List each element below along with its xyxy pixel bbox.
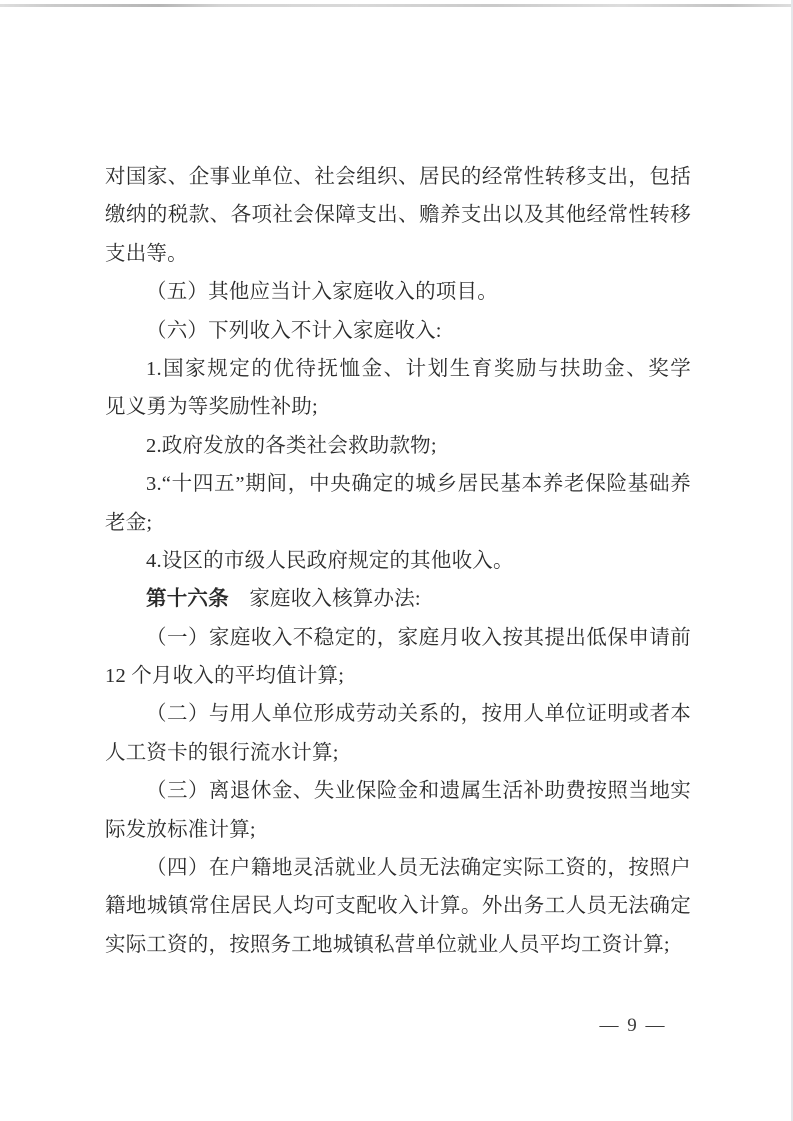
text-line-article-16: 第十六条家庭收入核算办法: — [105, 580, 691, 618]
text-line: 见义勇为等奖励性补助; — [105, 388, 691, 426]
text-line-subitem-3: 3.“十四五”期间，中央确定的城乡居民基本养老保险基础养 — [105, 465, 691, 503]
text-line-item-4: （四）在户籍地灵活就业人员无法确定实际工资的，按照户 — [105, 849, 691, 887]
text-line-item-1: （一）家庭收入不稳定的，家庭月收入按其提出低保申请前 — [105, 619, 691, 657]
text-line-subitem-4: 4.设区的市级人民政府规定的其他收入。 — [105, 542, 691, 580]
text-line: 对国家、企事业单位、社会组织、居民的经常性转移支出，包括 — [105, 158, 691, 196]
text-line-item-3: （三）离退休金、失业保险金和遗属生活补助费按照当地实 — [105, 772, 691, 810]
document-body: 对国家、企事业单位、社会组织、居民的经常性转移支出，包括 缴纳的税款、各项社会保… — [105, 158, 691, 964]
text-line: 人工资卡的银行流水计算; — [105, 734, 691, 772]
article-title: 家庭收入核算办法: — [249, 588, 421, 610]
document-page: 对国家、企事业单位、社会组织、居民的经常性转移支出，包括 缴纳的税款、各项社会保… — [0, 0, 793, 1121]
scan-edge-artifact-top — [0, 4, 793, 7]
text-line: 实际工资的，按照务工地城镇私营单位就业人员平均工资计算; — [105, 926, 691, 964]
text-line-item-5: （五）其他应当计入家庭收入的项目。 — [105, 273, 691, 311]
text-line: 际发放标准计算; — [105, 811, 691, 849]
text-line: 12 个月收入的平均值计算; — [105, 657, 691, 695]
article-number: 第十六条 — [146, 588, 229, 610]
text-line: 支出等。 — [105, 235, 691, 273]
text-line-item-2: （二）与用人单位形成劳动关系的，按用人单位证明或者本 — [105, 695, 691, 733]
text-line-subitem-1: 1.国家规定的优待抚恤金、计划生育奖励与扶助金、奖学金、 — [105, 350, 691, 388]
page-number: — 9 — — [583, 1015, 683, 1037]
text-line-subitem-2: 2.政府发放的各类社会救助款物; — [105, 427, 691, 465]
text-line-item-6: （六）下列收入不计入家庭收入: — [105, 312, 691, 350]
text-line: 老金; — [105, 504, 691, 542]
text-line: 籍地城镇常住居民人均可支配收入计算。外出务工人员无法确定 — [105, 887, 691, 925]
text-line: 缴纳的税款、各项社会保障支出、赡养支出以及其他经常性转移 — [105, 196, 691, 234]
